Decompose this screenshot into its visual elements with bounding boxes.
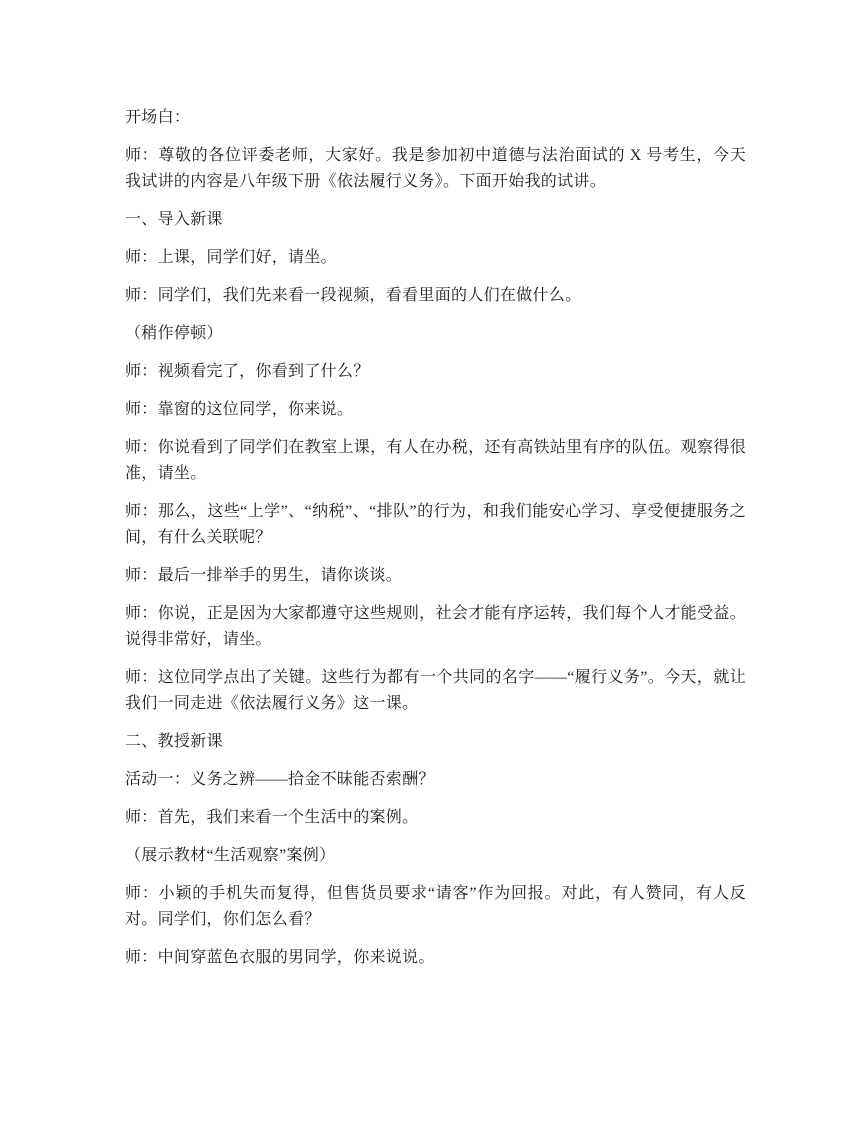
teacher-line-video-intro: 师：同学们，我们先来看一段视频，看看里面的人们在做什么。 <box>125 283 746 309</box>
teacher-line-call-student-back-row: 师：最后一排举手的男生，请你谈谈。 <box>125 563 746 589</box>
teacher-line-rules-feedback: 师：你说，正是因为大家都遵守这些规则，社会才能有序运转，我们每个人才能受益。说得… <box>125 601 746 653</box>
teacher-line-topic-lead-in: 师：这位同学点出了关键。这些行为都有一个共同的名字——“履行义务”。今天，就让我… <box>125 665 746 717</box>
teacher-line-greeting: 师：上课，同学们好，请坐。 <box>125 245 746 271</box>
opening-label: 开场白： <box>125 105 746 131</box>
activity-1-heading: 活动一：义务之辨——拾金不昧能否索酬？ <box>125 767 746 793</box>
section-2-heading: 二、教授新课 <box>125 729 746 755</box>
stage-direction-display-case: （展示教材“生活观察”案例） <box>125 843 746 869</box>
teacher-line-case-description: 师：小颖的手机失而复得，但售货员要求“请客”作为回报。对此，有人赞同，有人反对。… <box>125 881 746 933</box>
teacher-line-behavior-question: 师：那么，这些“上学”、“纳税”、“排队”的行为，和我们能安心学习、享受便捷服务… <box>125 499 746 551</box>
teacher-line-call-student-blue: 师：中间穿蓝色衣服的男同学，你来说说。 <box>125 945 746 971</box>
opening-speech: 师：尊敬的各位评委老师，大家好。我是参加初中道德与法治面试的 X 号考生，今天我… <box>125 143 746 195</box>
teacher-line-call-student-window: 师：靠窗的这位同学，你来说。 <box>125 397 746 423</box>
document-body: 开场白： 师：尊敬的各位评委老师，大家好。我是参加初中道德与法治面试的 X 号考… <box>125 105 746 971</box>
document-page: 开场白： 师：尊敬的各位评委老师，大家好。我是参加初中道德与法治面试的 X 号考… <box>0 0 866 1122</box>
teacher-line-video-question: 师：视频看完了，你看到了什么？ <box>125 359 746 385</box>
teacher-line-case-intro: 师：首先，我们来看一个生活中的案例。 <box>125 805 746 831</box>
stage-direction-pause: （稍作停顿） <box>125 321 746 347</box>
section-1-heading: 一、导入新课 <box>125 207 746 233</box>
teacher-line-student-answer-feedback: 师：你说看到了同学们在教室上课，有人在办税，还有高铁站里有序的队伍。观察得很准，… <box>125 435 746 487</box>
